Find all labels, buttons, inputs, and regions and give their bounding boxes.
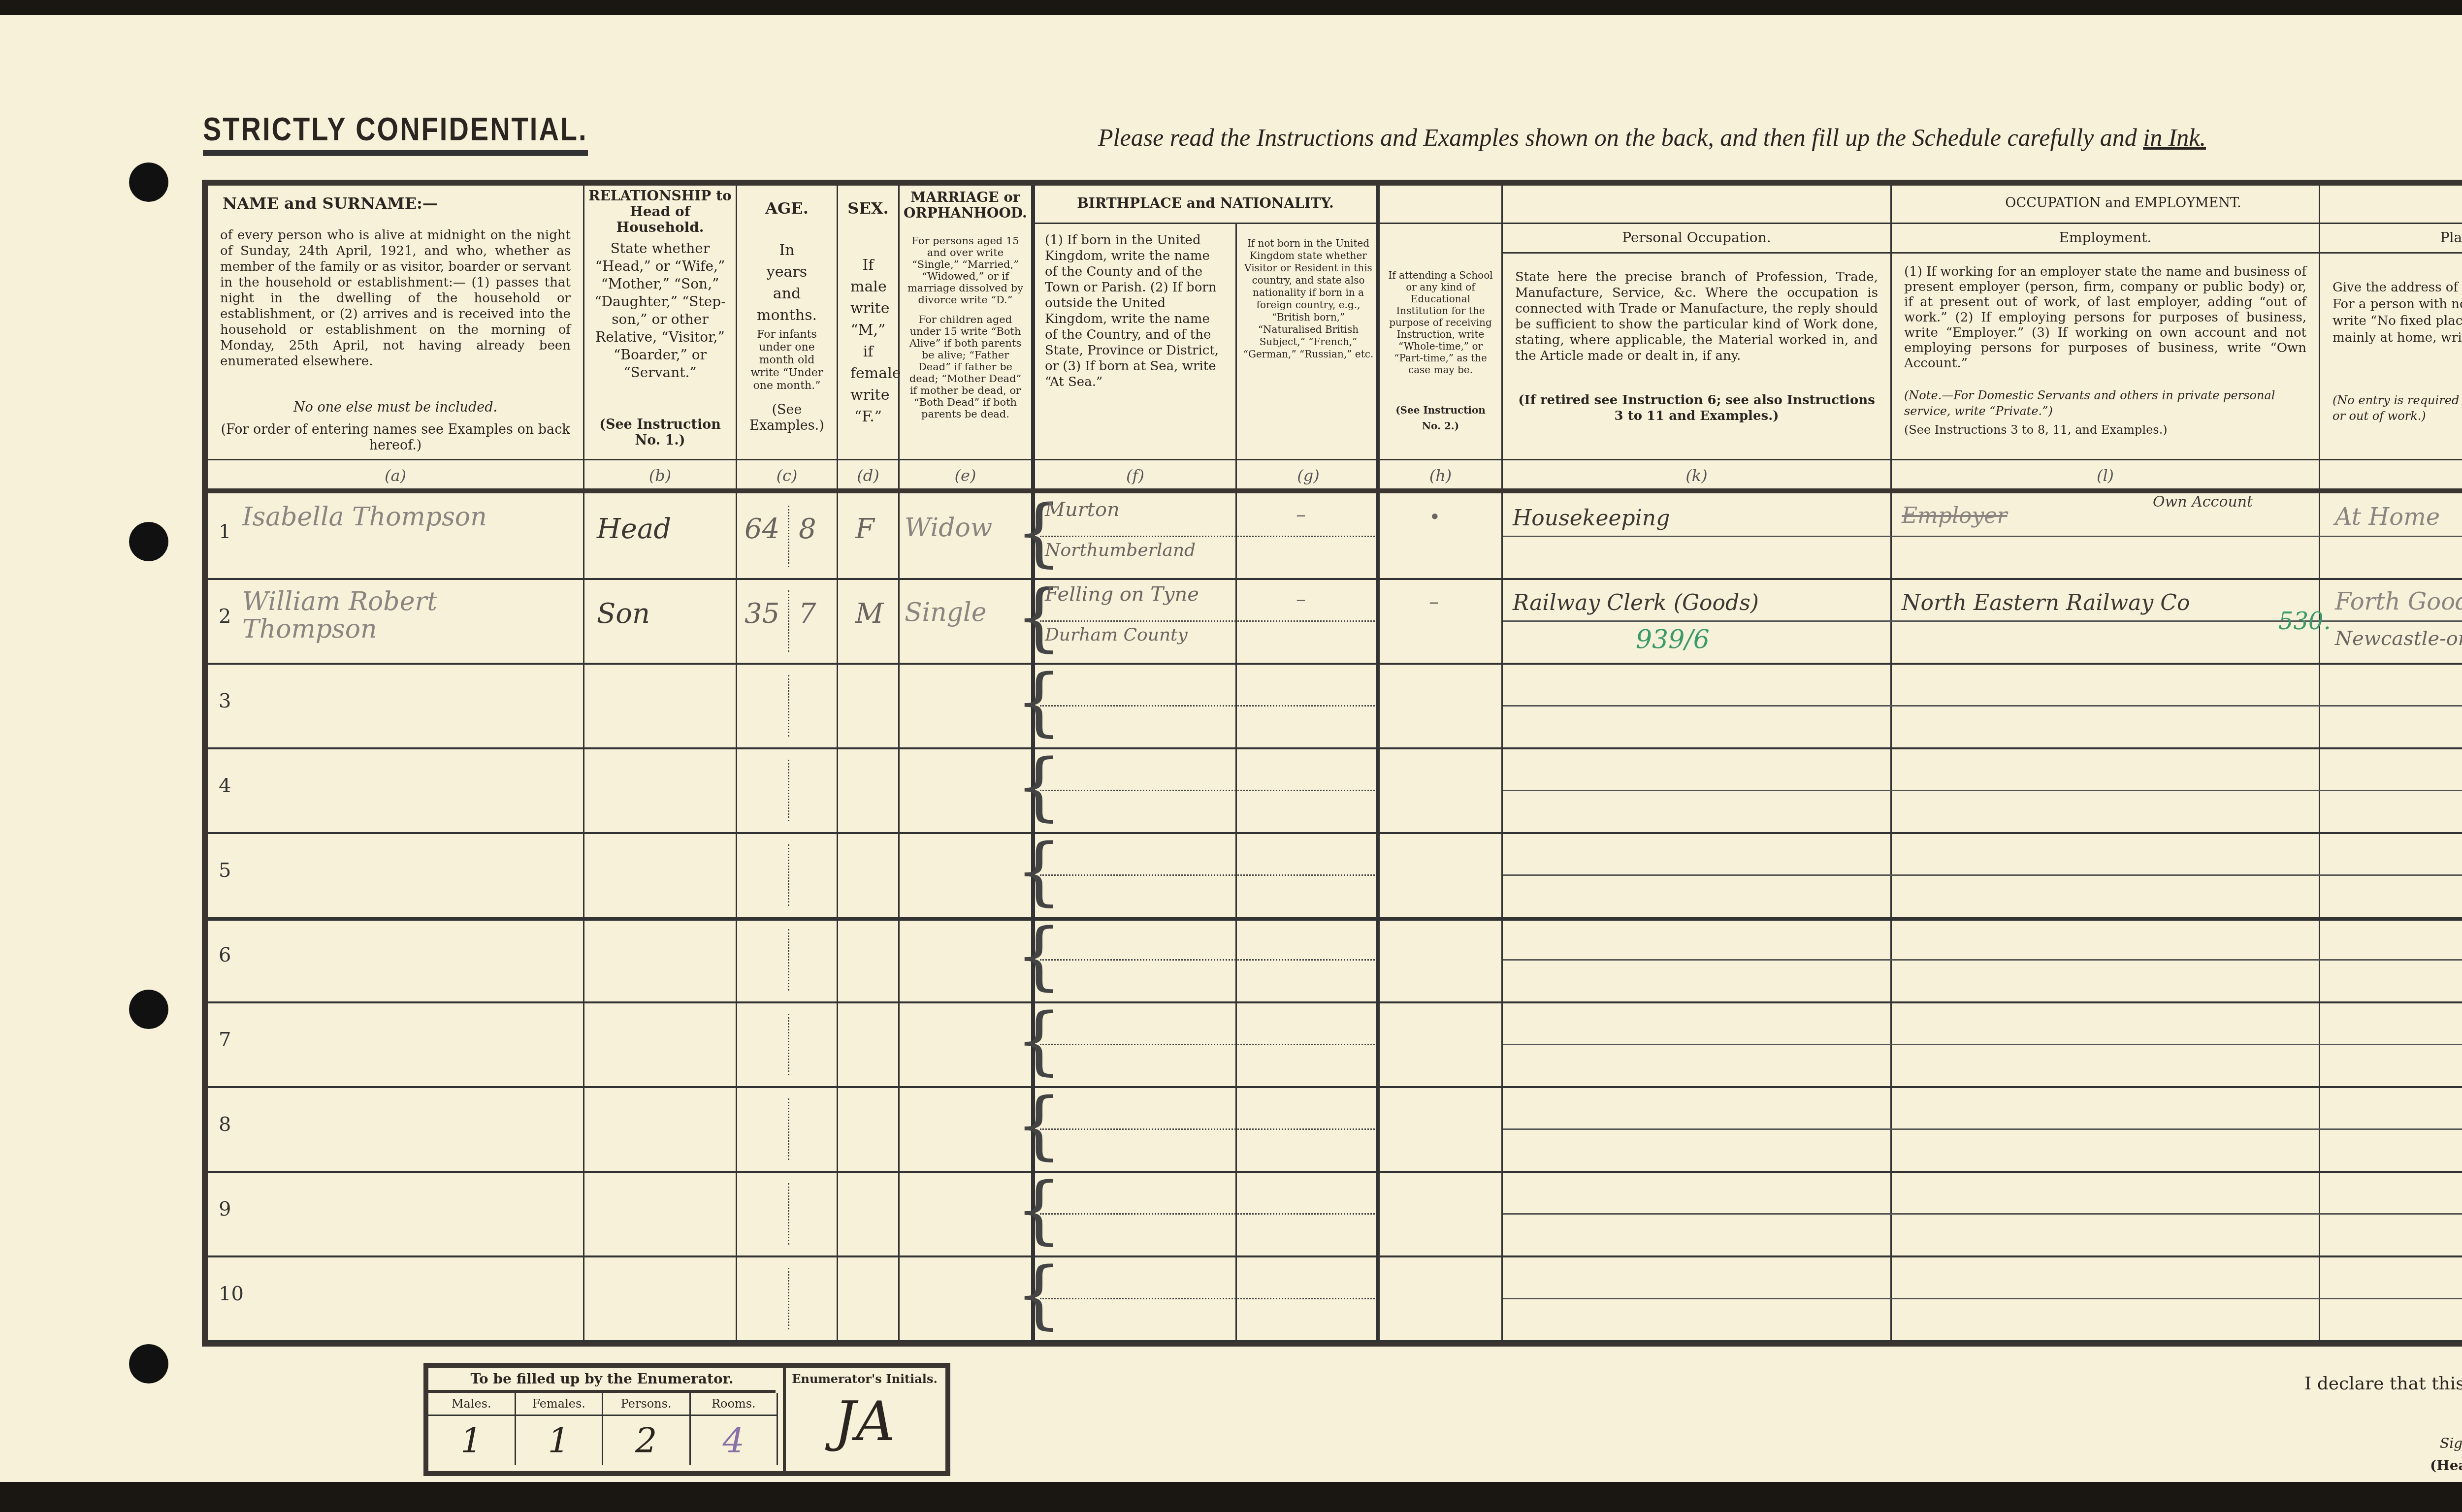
birthplace-divider [1040,1298,1375,1299]
birthplace-divider [1040,790,1375,791]
occupation-divider [1503,959,2462,961]
col-d-letter: (d) [838,466,898,485]
col-a-body: of every person who is alive at midnight… [208,227,583,369]
col-b-note: (See Instruction No. 1.) [584,417,736,449]
table-row: 2William Robert ThompsonSon357MSingle{Fe… [208,578,2462,665]
col-g-body: If not born in the United Kingdom state … [1237,237,1380,360]
age-divider [788,1014,789,1075]
col-l-body: (1) If working for an employer state the… [1892,264,2319,371]
rooms-value: 4 [691,1416,777,1465]
col-b-body: State whether “Head,” or “Wife,” “Mother… [584,240,736,382]
table-row: 10{UnderAge last birthday.One12345678910… [208,1255,2462,1342]
birthplace-divider [1040,874,1375,876]
relationship-cell[interactable]: Head [597,513,671,545]
declaration-text: I declare that this Schedule is correctl… [2304,1374,2462,1394]
col-b-title: RELATIONSHIP to Head of Household. [584,188,736,235]
header-bottom-rule [208,488,2462,493]
enumerator-box-title: To be filled up by the Enumerator. [428,1368,776,1393]
birthplace-divider [1040,1213,1375,1215]
punch-hole [129,522,168,561]
females-cell[interactable]: Females.1 [516,1393,604,1465]
name-cell[interactable]: Isabella Thompson [242,503,577,531]
table-row: 9{UnderAge last birthday.One123456789101… [208,1171,2462,1257]
employment-struck-cell: Employer [1902,503,2008,528]
nationality-cell[interactable]: – [1296,503,1306,526]
punch-hole [129,1344,168,1383]
col-h-body: If attending a School or any kind of Edu… [1380,269,1501,376]
enumerator-initials-cell[interactable]: Enumerator's Initials. JA [783,1368,943,1471]
occupation-cell[interactable]: Housekeeping [1513,506,1670,531]
brace-glyph: { [1015,835,1062,908]
occupation-divider [1503,1044,2462,1045]
brace-glyph: { [1015,1258,1062,1332]
col-e-body2: For children aged under 15 write “Both A… [900,314,1031,420]
birthplace-county-cell[interactable]: Durham County [1045,625,1188,645]
brace-glyph: { [1015,665,1062,739]
enumerator-totals-box: To be filled up by the Enumerator. Males… [423,1363,950,1476]
instructions-line: Please read the Instructions and Example… [1098,123,2206,152]
col-fg-title: BIRTHPLACE and NATIONALITY. [1035,195,1376,211]
row-number: 8 [219,1113,231,1136]
col-a-note2: (For order of entering names see Example… [208,422,583,453]
row-number: 1 [219,520,231,543]
table-row: 1Isabella ThompsonHead648FWidow{MurtonNo… [208,493,2462,580]
sex-cell[interactable]: F [855,513,875,545]
employment-cell[interactable]: Own Account [2153,493,2253,511]
table-row: 8{UnderAge last birthday.One123456789101… [208,1086,2462,1173]
initials-label: Enumerator's Initials. [786,1368,943,1390]
occupation-divider [1503,536,2462,537]
sex-cell[interactable]: M [855,598,883,630]
col-c-body: In years and months. [737,240,837,326]
col-c-small: For infants under one month old write “U… [737,328,837,392]
col-a-title: NAME and SURNAME:— [208,195,583,211]
col-a-note: No one else must be included. [208,400,583,416]
age-years-cell[interactable]: 35 [745,598,779,630]
header-divider [208,459,2462,460]
age-months-cell[interactable]: 8 [799,513,816,545]
row-number: 6 [219,944,231,966]
row-number: 2 [219,605,231,628]
col-b-letter: (b) [584,466,736,485]
col-k-body: State here the precise branch of Profess… [1503,269,1890,364]
occupation-divider [1503,1128,2462,1130]
occupation-code: 939/6 [1636,625,1710,654]
place-of-work-cell[interactable]: Forth Goods Station [2335,588,2462,615]
col-l-title: Employment. [1892,230,2319,246]
occupation-divider [1503,1298,2462,1299]
table-row: 6{UnderAge last birthday.One123456789101… [208,917,2462,1003]
age-divider [788,675,789,737]
females-label: Females. [516,1393,602,1416]
brace-glyph: { [1015,1173,1062,1247]
employment-code: 530. [2278,608,2331,635]
punch-hole [129,162,168,202]
confidential-heading: STRICTLY CONFIDENTIAL. [203,109,588,156]
signature-note: (Head of Household, Manager of Establish… [2430,1457,2462,1474]
col-l-note: (Note.—For Domestic Servants and others … [1892,387,2319,419]
col-e-letter: (e) [900,466,1031,485]
col-l-letter: (l) [1892,466,2319,485]
occupation-divider [1503,1213,2462,1215]
persons-label: Persons. [603,1393,689,1416]
age-years-cell[interactable]: 64 [745,513,779,545]
birthplace-county-cell[interactable]: Northumberland [1045,540,1196,560]
persons-value: 2 [603,1416,689,1465]
brace-glyph: { [1015,919,1062,993]
relationship-cell[interactable]: Son [597,598,650,630]
persons-cell[interactable]: Persons.2 [603,1393,691,1465]
census-table: NAME and SURNAME:— of every person who i… [202,180,2462,1347]
nationality-cell[interactable]: – [1296,588,1306,611]
row-number: 7 [219,1029,231,1051]
birthplace-town-cell[interactable]: Murton [1045,498,1120,521]
males-cell[interactable]: Males.1 [428,1393,516,1465]
col-c-letter: (c) [737,466,837,485]
rooms-label: Rooms. [691,1393,777,1416]
col-m-letter: (m) [2320,466,2462,485]
occupation-divider [1503,790,2462,791]
row-number: 4 [219,774,231,797]
females-value: 1 [516,1416,602,1465]
occupation-divider [1503,705,2462,707]
col-a-letter: (a) [208,466,583,485]
males-value: 1 [428,1416,515,1465]
col-c-title: AGE. [737,200,837,216]
table-row: 7{UnderAge last birthday.One123456789101… [208,1001,2462,1088]
row-number: 3 [219,690,231,712]
ink-underlined: in Ink. [2143,124,2206,151]
place-of-work-town-cell[interactable]: Newcastle-on Tyne [2335,627,2462,650]
school-cell[interactable]: – [1429,590,1439,613]
col-m-note: (No entry is required for any person who… [2320,392,2462,424]
table-row: 4{UnderAge last birthday.One123456789101… [208,747,2462,834]
col-k-note: (If retired see Instruction 6; see also … [1503,392,1890,424]
row-number: 5 [219,859,231,882]
row-number: 10 [219,1283,244,1305]
age-divider [788,590,789,652]
col-k-title: Personal Occupation. [1503,230,1890,246]
col-e-body: For persons aged 15 and over write “Sing… [900,235,1031,306]
age-divider [788,1098,789,1160]
table-row: 3{UnderAge last birthday.One123456789101… [208,663,2462,749]
col-h-letter: (h) [1380,466,1501,485]
birthplace-divider [1040,959,1375,961]
punch-hole [129,990,168,1029]
col-m-body: Give the address of each person's place … [2320,279,2462,346]
rooms-cell[interactable]: Rooms.4 [691,1393,778,1465]
col-k-letter: (k) [1503,466,1890,485]
signature-label: Signature [2440,1435,2462,1451]
col-h-note: (See Instruction No. 2.) [1380,402,1501,434]
age-divider [788,506,789,567]
col-e-title: MARRIAGE or ORPHANHOOD. [900,190,1031,221]
census-schedule-page: STRICTLY CONFIDENTIAL. Please read the I… [0,15,2462,1482]
col-g-letter: (g) [1237,466,1380,485]
birthplace-divider [1040,620,1375,622]
birthplace-town-cell[interactable]: Felling on Tyne [1045,583,1199,606]
col-f-body: (1) If born in the United Kingdom, write… [1035,232,1235,390]
age-months-cell[interactable]: 7 [799,598,816,630]
males-label: Males. [428,1393,515,1416]
table-row: 5{UnderAge last birthday.One123456789101… [208,832,2462,921]
age-divider [788,1183,789,1245]
birthplace-divider [1040,705,1375,707]
place-of-work-cell[interactable]: At Home [2335,503,2440,531]
employment-cell[interactable]: North Eastern Railway Co [1902,590,2190,615]
age-divider [788,760,789,821]
age-divider [788,844,789,906]
occupation-divider [1503,874,2462,876]
age-divider [788,929,789,991]
col-d-body: If male write “M,” if female write “F.” [838,255,898,428]
brace-glyph: { [1015,1004,1062,1078]
col-f-letter: (f) [1035,466,1235,485]
brace-glyph: { [1015,750,1062,824]
brace-glyph: { [1015,1089,1062,1162]
marriage-cell[interactable]: Single [905,598,986,627]
row-number: 9 [219,1198,231,1221]
marriage-cell[interactable]: Widow [905,513,992,543]
school-cell[interactable]: • [1429,506,1441,528]
initials-value: JA [786,1390,943,1453]
name-cell[interactable]: William Robert Thompson [242,588,577,643]
instructions-text: Please read the Instructions and Example… [1098,124,2143,151]
col-m-title: Place of Work. [2320,230,2462,246]
birthplace-divider [1040,536,1375,537]
occupation-cell[interactable]: Railway Clerk (Goods) [1513,590,1759,615]
birthplace-divider [1040,1128,1375,1130]
birthplace-divider [1040,1044,1375,1045]
col-l-note2: (See Instructions 3 to 8, 11, and Exampl… [1892,422,2319,438]
col-d-title: SEX. [838,200,898,216]
age-divider [788,1268,789,1329]
col-c-note: (See Examples.) [737,402,837,434]
